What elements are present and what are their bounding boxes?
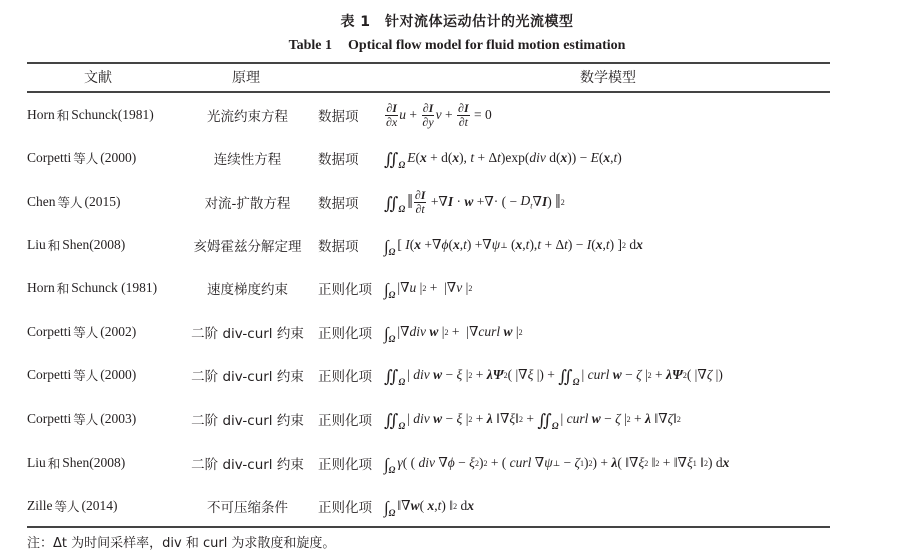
principle-cell: 不可压缩条件 <box>175 491 320 521</box>
term-type-cell: 正则化项 <box>318 448 382 478</box>
term-type-cell: 正则化项 <box>318 404 382 434</box>
top-rule <box>27 62 830 64</box>
bottom-rule <box>27 526 830 528</box>
term-type-cell: 数据项 <box>318 187 382 217</box>
principle-cell: 对流-扩散方程 <box>175 187 320 217</box>
principle-cell: 二阶 div-curl 约束 <box>175 448 320 478</box>
principle-cell: 二阶 div-curl 约束 <box>175 360 320 390</box>
table-note: 注：Δt 为时间采样率，div 和 curl 为求散度和旋度。 <box>27 532 335 551</box>
table-row: Horn和Schunck(1981) 光流约束方程 数据项 ∂I∂xu + ∂I… <box>0 100 914 130</box>
term-type-cell: 数据项 <box>318 100 382 130</box>
reference-cell: Chen等人(2015) <box>27 187 121 217</box>
reference-cell: Horn和Schunck (1981) <box>27 273 157 303</box>
formula-cell: ∫Ω‖∇w( x,t) ‖2 dx <box>384 491 474 521</box>
reference-cell: Corpetti等人(2002) <box>27 317 136 347</box>
reference-cell: Liu和Shen(2008) <box>27 448 125 478</box>
reference-cell: Corpetti等人(2000) <box>27 143 136 173</box>
principle-cell: 亥姆霍兹分解定理 <box>175 230 320 260</box>
reference-cell: Liu和Shen(2008) <box>27 230 125 260</box>
table-row: Chen等人(2015) 对流-扩散方程 数据项 ∬Ω‖∂I∂t +∇I · w… <box>0 187 914 217</box>
formula-cell: ∬ΩE(x + d(x), t + Δt)exp(div d(x)) − E(x… <box>384 143 622 173</box>
table-row: Corpetti等人(2002) 二阶 div-curl 约束 正则化项 ∫Ω|… <box>0 317 914 347</box>
formula-cell: ∫Ω|∇div w |2 + |∇curl w |2 <box>384 317 523 347</box>
table-row: Horn和Schunck (1981) 速度梯度约束 正则化项 ∫Ω|∇u |2… <box>0 273 914 303</box>
formula-cell: ∬Ω‖∂I∂t +∇I · w +∇· ( − Dt∇I) ‖2 <box>384 187 565 217</box>
table-row: Zille等人(2014) 不可压缩条件 正则化项 ∫Ω‖∇w( x,t) ‖2… <box>0 491 914 521</box>
principle-cell: 二阶 div-curl 约束 <box>175 317 320 347</box>
reference-cell: Zille等人(2014) <box>27 491 118 521</box>
header-math-model: 数学模型 <box>580 67 636 87</box>
table-caption-cn: 表 1 针对流体运动估计的光流模型 <box>0 11 914 31</box>
term-type-cell: 正则化项 <box>318 273 382 303</box>
table-caption-en: Table 1Optical flow model for fluid moti… <box>0 38 914 54</box>
reference-cell: Horn和Schunck(1981) <box>27 100 154 130</box>
principle-cell: 光流约束方程 <box>175 100 320 130</box>
principle-cell: 速度梯度约束 <box>175 273 320 303</box>
formula-cell: ∫Ω|∇u |2 + |∇v |2 <box>384 273 472 303</box>
table-row: Liu和Shen(2008) 亥姆霍兹分解定理 数据项 ∫Ω[ I(x +∇ϕ(… <box>0 230 914 260</box>
formula-cell: ∬Ω| div w − ξ |2 + λΨ2( |∇ξ |) + ∬Ω| cur… <box>384 360 723 390</box>
table-row: Liu和Shen(2008) 二阶 div-curl 约束 正则化项 ∫Ωγ( … <box>0 448 914 478</box>
header-rule <box>27 91 830 93</box>
table-row: Corpetti等人(2000) 连续性方程 数据项 ∬ΩE(x + d(x),… <box>0 143 914 173</box>
term-type-cell: 正则化项 <box>318 317 382 347</box>
term-type-cell: 正则化项 <box>318 491 382 521</box>
formula-cell: ∫Ω[ I(x +∇ϕ(x,t) +∇ψ⊥ (x,t),t + Δt) − I(… <box>384 230 643 260</box>
term-type-cell: 正则化项 <box>318 360 382 390</box>
table-row: Corpetti等人(2000) 二阶 div-curl 约束 正则化项 ∬Ω|… <box>0 360 914 390</box>
reference-cell: Corpetti等人(2000) <box>27 360 136 390</box>
principle-cell: 二阶 div-curl 约束 <box>175 404 320 434</box>
header-principle: 原理 <box>232 67 260 87</box>
header-reference: 文献 <box>84 67 112 87</box>
formula-cell: ∂I∂xu + ∂I∂yv + ∂I∂t = 0 <box>384 100 492 130</box>
table-label: Table 1 <box>289 38 332 53</box>
table-row: Corpetti等人(2003) 二阶 div-curl 约束 正则化项 ∬Ω|… <box>0 404 914 434</box>
reference-cell: Corpetti等人(2003) <box>27 404 136 434</box>
term-type-cell: 数据项 <box>318 230 382 260</box>
principle-cell: 连续性方程 <box>175 143 320 173</box>
formula-cell: ∬Ω| div w − ξ |2 + λ ‖∇ξ‖2 + ∬Ω| curl w … <box>384 404 681 434</box>
formula-cell: ∫Ωγ( ( div ∇ϕ − ξ2)2 + ( curl ∇ψ⊥ − ζ1)2… <box>384 448 729 478</box>
table-title: Optical flow model for fluid motion esti… <box>348 38 625 53</box>
term-type-cell: 数据项 <box>318 143 382 173</box>
